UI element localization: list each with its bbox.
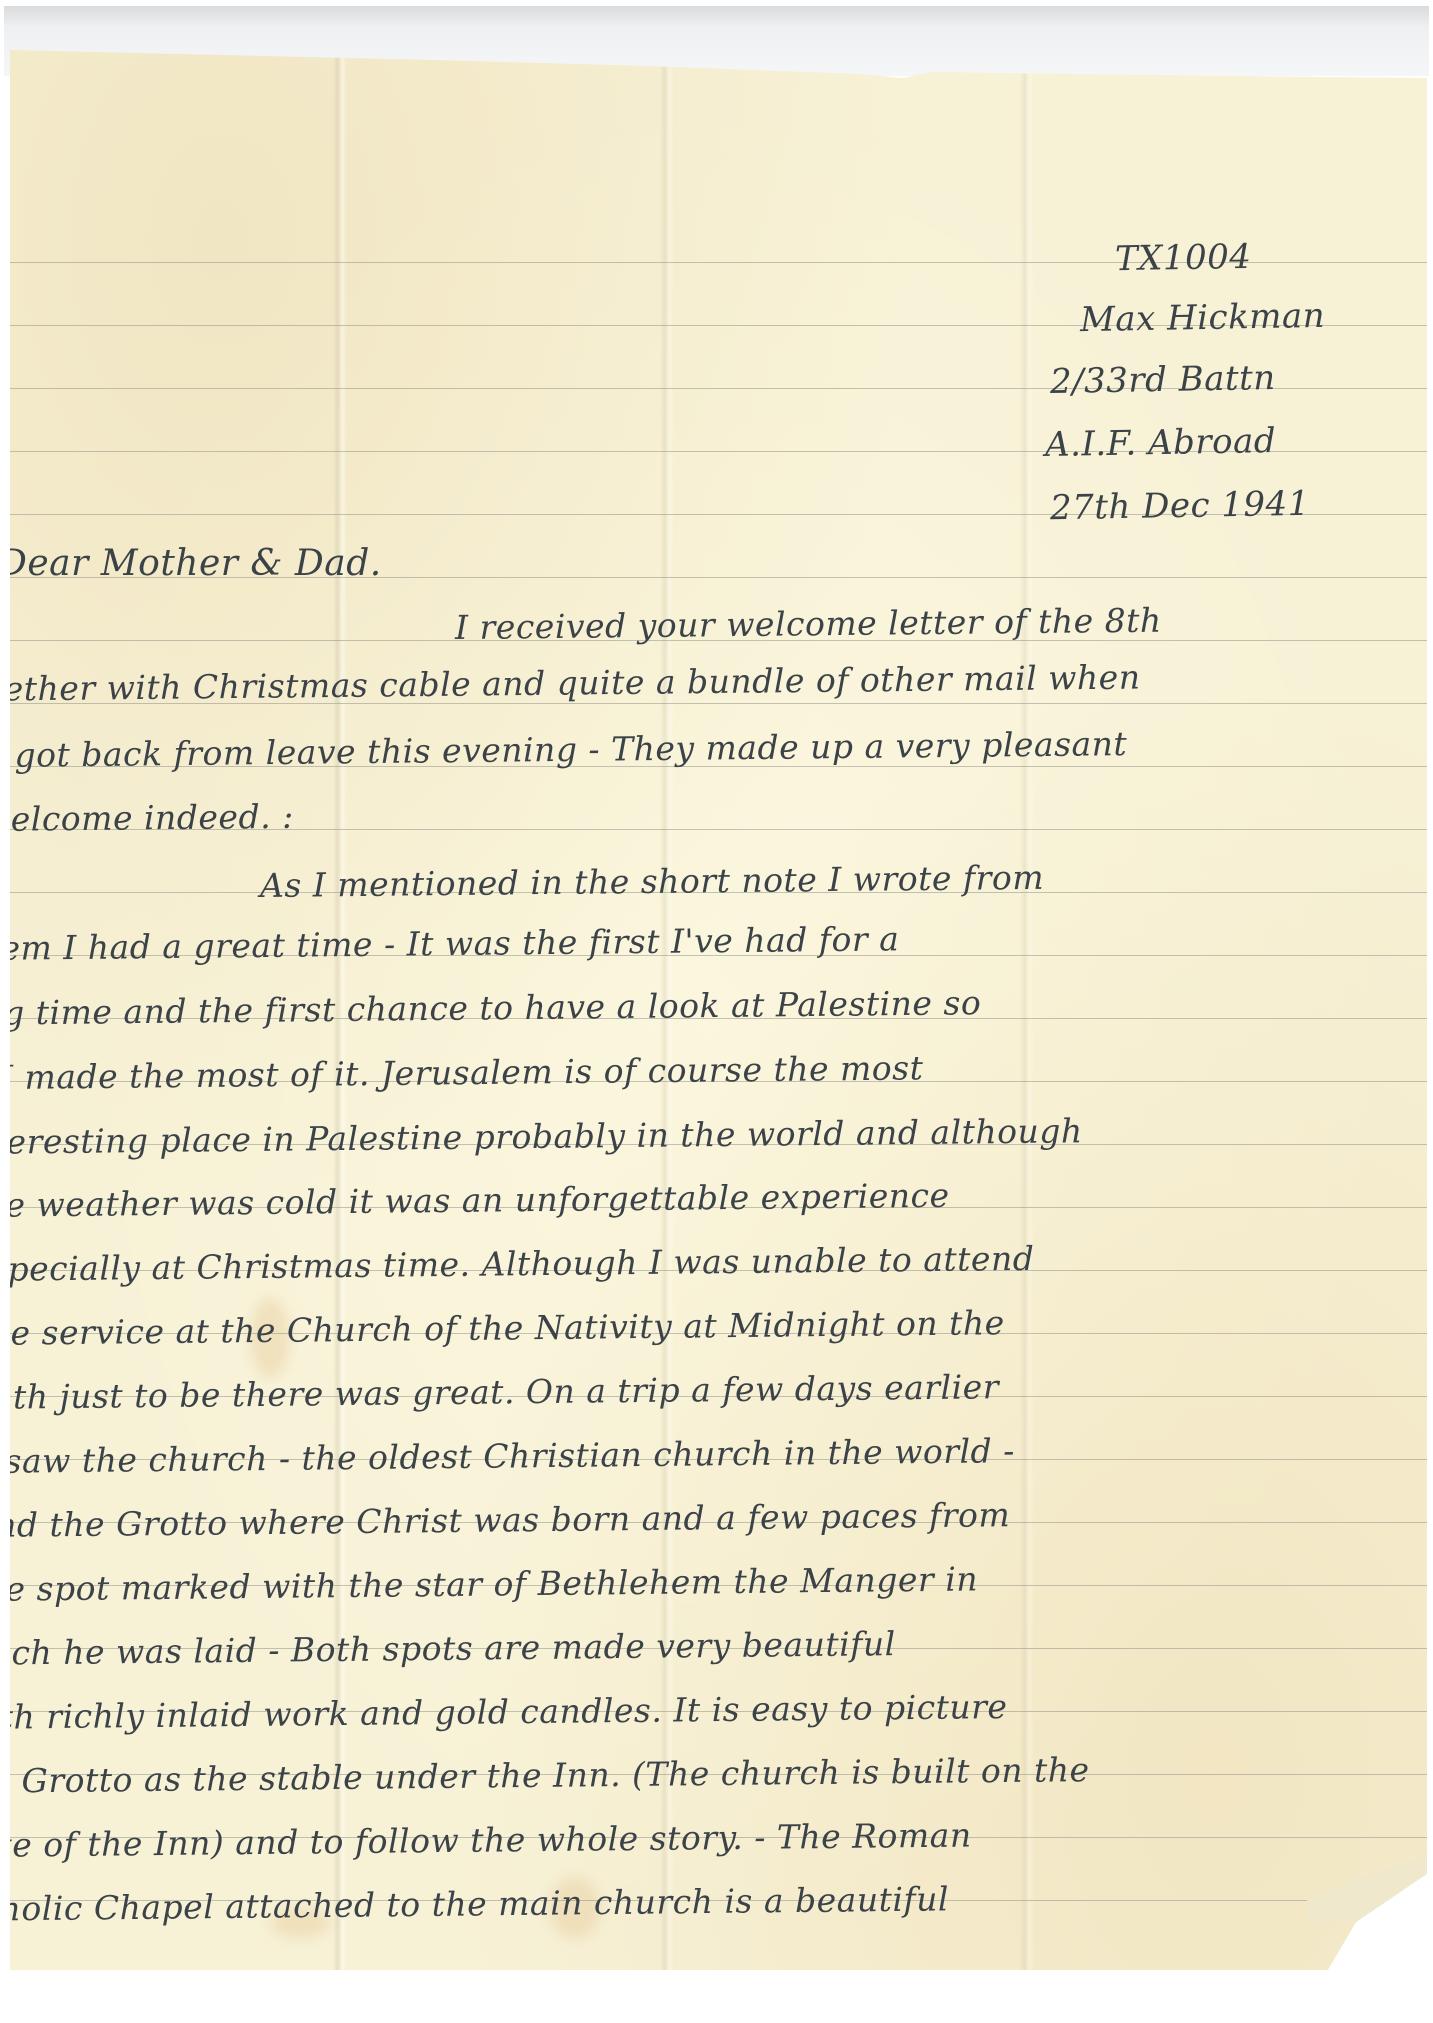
body-line: I received your welcome letter of the 8t… bbox=[455, 601, 1162, 647]
unit-name: 2/33rd Battn bbox=[1050, 358, 1276, 402]
body-line: As I mentioned in the short note I wrote… bbox=[260, 858, 1044, 905]
letter-date: 27th Dec 1941 bbox=[1050, 484, 1311, 529]
force-location: A.I.F. Abroad bbox=[1045, 421, 1277, 465]
body-line: welcome indeed. : bbox=[0, 797, 294, 839]
sender-name: Max Hickman bbox=[1080, 296, 1326, 340]
service-number: TX1004 bbox=[1115, 237, 1252, 279]
letter-page: TX1004 Max Hickman 2/33rd Battn A.I.F. A… bbox=[10, 48, 1427, 1970]
salutation: Dear Mother & Dad. bbox=[0, 543, 382, 584]
